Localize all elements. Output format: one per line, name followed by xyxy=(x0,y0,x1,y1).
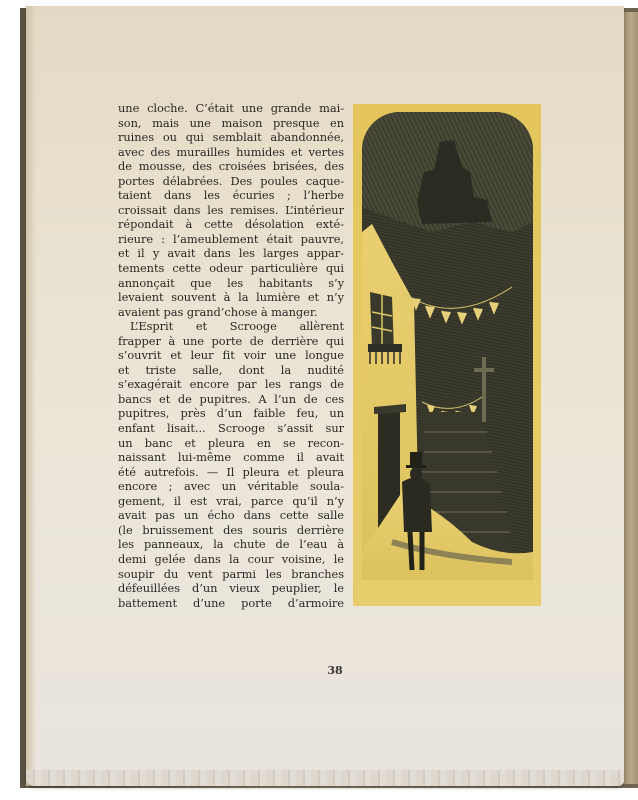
paragraph-end-line: avaient pas grand’chose à manger. xyxy=(118,305,344,320)
text-line: ruines ou qui semblait abandonnée, xyxy=(118,130,344,145)
text-line: s’ouvrit et leur fit voir une longue xyxy=(118,348,344,363)
text-line: répondait à cette désolation exté- xyxy=(118,217,344,232)
body-text: une cloche. C’était une grande mai- son,… xyxy=(118,101,344,610)
text-line: et il y avait dans les larges appar- xyxy=(118,246,344,261)
text-line: (le bruissement des souris derrière xyxy=(118,523,344,538)
text-line: levaient souvent à la lumière et n’y xyxy=(118,290,344,305)
text-line: enfant lisait... Scrooge s’assit sur xyxy=(118,421,344,436)
text-line: les panneaux, la chute de l’eau à xyxy=(118,537,344,552)
text-line: taient dans les écuries ; l’herbe xyxy=(118,188,344,203)
text-line: tements cette odeur particulière qui xyxy=(118,261,344,276)
text-line: avec des murailles humides et vertes xyxy=(118,145,344,160)
engraving-illustration xyxy=(362,112,533,580)
text-line: gement, il est vrai, parce qu’il n’y xyxy=(118,494,344,509)
text-line: son, mais une maison presque en xyxy=(118,116,344,131)
text-line: annonçait que les habitants s’y xyxy=(118,276,344,291)
text-line: bancs et de pupitres. A l’un de ces xyxy=(118,392,344,407)
text-line: et triste salle, dont la nudité xyxy=(118,363,344,378)
text-line: été autrefois. — Il pleura et pleura xyxy=(118,465,344,480)
text-line: avait pas un écho dans cette salle xyxy=(118,508,344,523)
street-scene-image xyxy=(362,112,533,580)
text-line: soupir du vent parmi les branches xyxy=(118,567,344,582)
illustration-panel xyxy=(353,104,541,606)
text-line: un banc et pleura en se recon- xyxy=(118,436,344,451)
book-back-edge xyxy=(622,12,638,784)
text-line: une cloche. C’était une grande mai- xyxy=(118,101,344,116)
text-line: rieure : l’ameublement était pauvre, xyxy=(118,232,344,247)
text-line: encore ; avec un véritable soula- xyxy=(118,479,344,494)
page-number: 38 xyxy=(326,664,344,677)
text-line: demi gelée dans la cour voisine, le xyxy=(118,552,344,567)
text-line: pupitres, près d’un faible feu, un xyxy=(118,406,344,421)
text-line: frapper à une porte de derrière qui xyxy=(118,334,344,349)
text-line: défeuillées d’un vieux peuplier, le xyxy=(118,581,344,596)
text-line: s’exagérait encore par les rangs de xyxy=(118,377,344,392)
paragraph-start-line: L’Esprit et Scrooge allèrent xyxy=(118,319,344,334)
text-line: battement d’une porte d’armoire xyxy=(118,596,344,611)
text-line: croissait dans les remises. L’intérieur xyxy=(118,203,344,218)
text-line: naissant lui-même comme il avait xyxy=(118,450,344,465)
text-line: de mousse, des croisées brisées, des xyxy=(118,159,344,174)
text-line: portes délabrées. Des poules caque- xyxy=(118,174,344,189)
